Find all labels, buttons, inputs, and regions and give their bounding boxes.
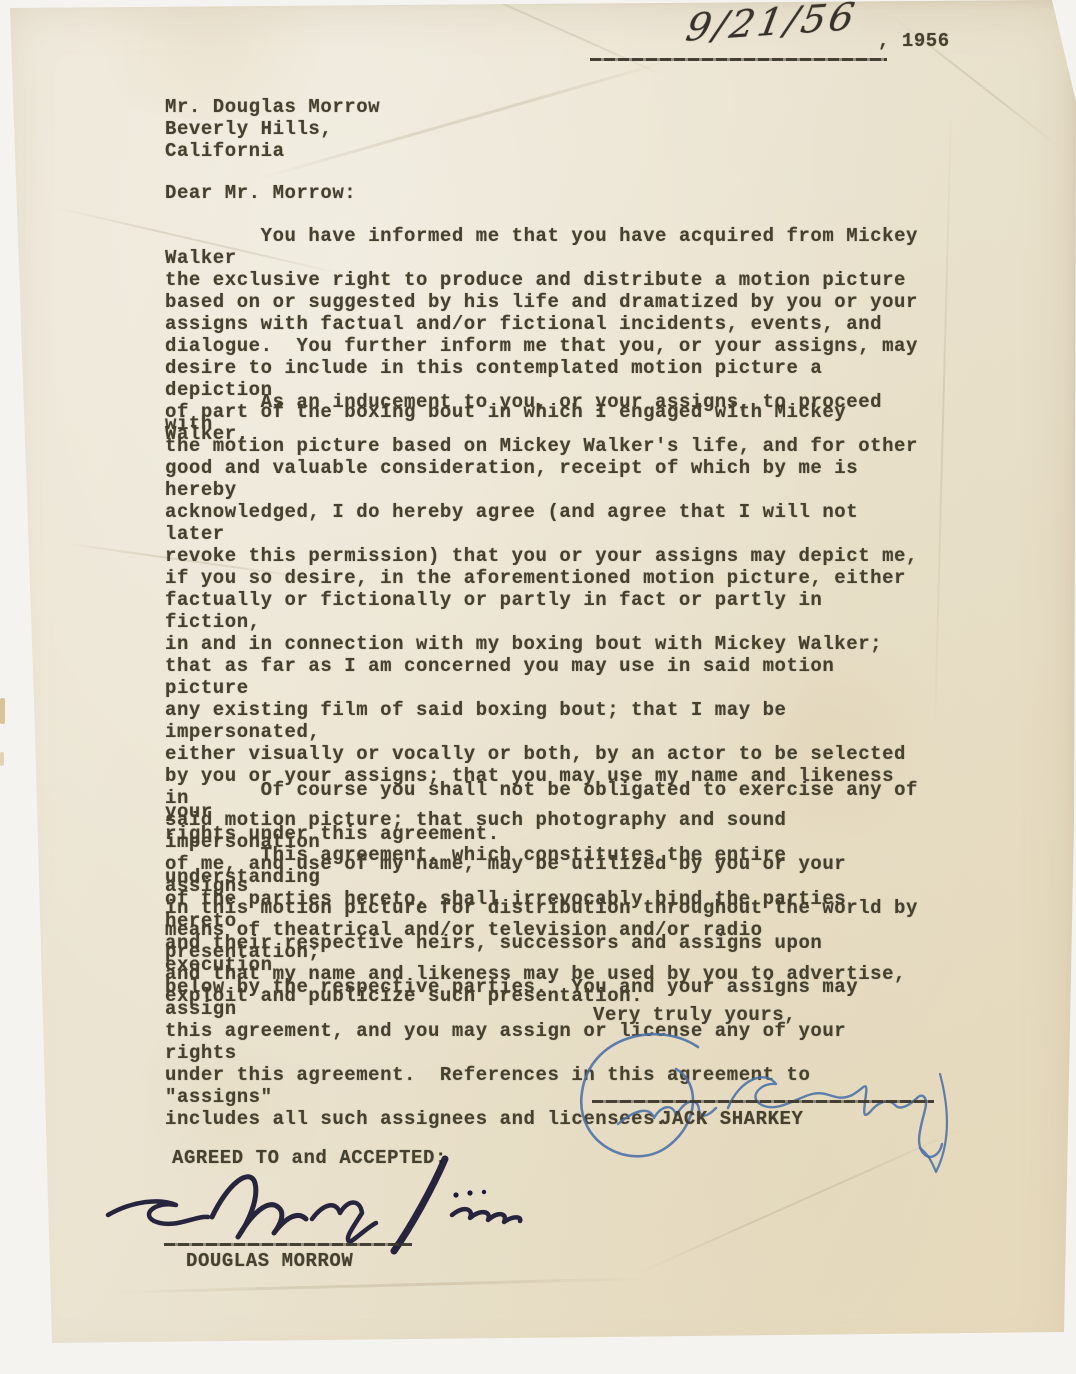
scan-speck bbox=[0, 698, 5, 724]
handwritten-date: 9/21/56 bbox=[683, 0, 861, 50]
paragraph-3: Of course you shall not be obligated to … bbox=[165, 779, 925, 845]
sharkey-signature-line bbox=[592, 1100, 934, 1103]
date-underline bbox=[590, 58, 887, 61]
typed-year: , 1956 bbox=[878, 30, 950, 52]
signer-typed-name: JACK SHARKEY bbox=[660, 1108, 803, 1130]
scan-speck bbox=[0, 752, 4, 766]
scanned-letter: 9/21/56 , 1956 Mr. Douglas Morrow Beverl… bbox=[0, 0, 1076, 1374]
acceptor-typed-name: DOUGLAS MORROW bbox=[186, 1250, 353, 1272]
jack-sharkey-signature bbox=[548, 1012, 978, 1182]
recipient-address: Mr. Douglas Morrow Beverly Hills, Califo… bbox=[165, 96, 380, 162]
salutation: Dear Mr. Morrow: bbox=[165, 182, 356, 204]
morrow-signature-line bbox=[164, 1243, 412, 1246]
letter-paper: 9/21/56 , 1956 Mr. Douglas Morrow Beverl… bbox=[0, 0, 1076, 1374]
